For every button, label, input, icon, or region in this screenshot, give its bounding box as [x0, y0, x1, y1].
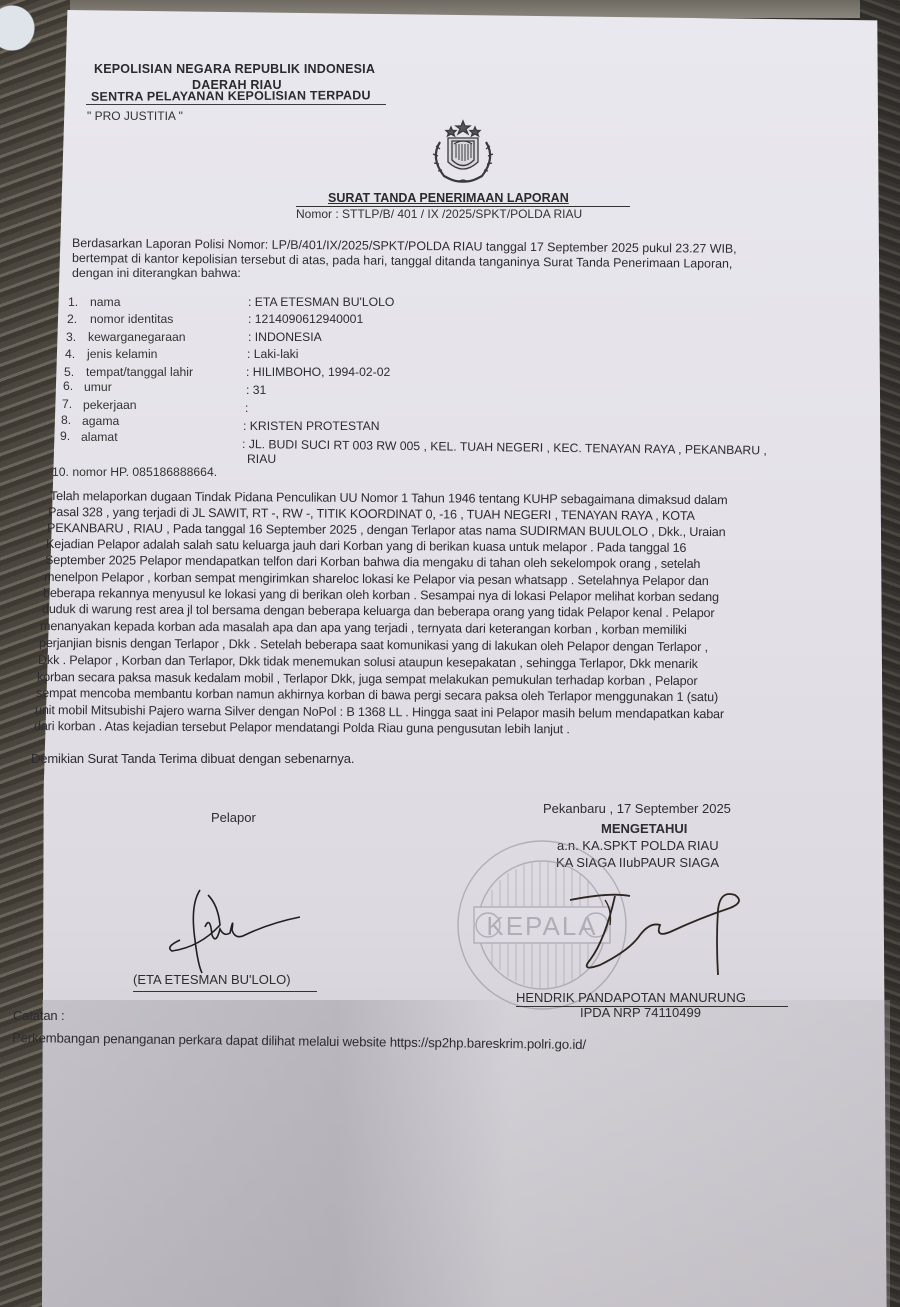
narrative-line: beberapa rekannya menyusul ke lokasi yan…: [43, 586, 719, 604]
mengetahui-label: MENGETAHUI: [601, 821, 687, 836]
identity-label-pekerjaan: pekerjaan: [83, 398, 137, 412]
officer-name: HENDRIK PANDAPOTAN MANURUNG: [516, 990, 746, 1005]
identity-value-alamat-cont: RIAU: [247, 452, 276, 466]
identity-value-nama: : ETA ETESMAN BU'LOLO: [248, 295, 394, 309]
narrative-line: menanyakan kepada korban ada masalah apa…: [40, 619, 687, 637]
document: KEPOLISIAN NEGARA REPUBLIK INDONESIA DAE…: [0, 0, 900, 1307]
identity-label-agama: agama: [82, 414, 119, 428]
identity-no: 2.: [67, 312, 77, 326]
identity-label-alamat: alamat: [81, 430, 118, 444]
pelapor-label: Pelapor: [211, 810, 256, 825]
officer-signature: [560, 880, 770, 990]
identity-label-nomor-identitas: nomor identitas: [90, 312, 173, 326]
header-divider: [86, 104, 386, 105]
officer-rank: IPDA NRP 74110499: [580, 1005, 701, 1020]
identity-value-umur: : 31: [246, 383, 266, 397]
notes-text: Perkembangan penanganan perkara dapat di…: [12, 1030, 586, 1052]
identity-no: 9.: [60, 429, 70, 443]
document-title: SURAT TANDA PENERIMAAN LAPORAN: [328, 191, 569, 205]
identity-label-nama: nama: [90, 295, 121, 309]
identity-value-alamat: : JL. BUDI SUCI RT 003 RW 005 , KEL. TUA…: [242, 437, 767, 457]
org-line-1: KEPOLISIAN NEGARA REPUBLIK INDONESIA: [94, 62, 375, 76]
identity-label-kewarganegaraan: kewarganegaraan: [88, 330, 186, 344]
identity-no: 1.: [68, 295, 78, 309]
intro-line-3: dengan ini diterangkan bahwa:: [72, 266, 241, 280]
identity-label-jenis-kelamin: jenis kelamin: [87, 347, 157, 361]
police-emblem-icon: [418, 118, 508, 190]
narrative-line: perjanjian bisnis dengan Terlapor , Dkk …: [39, 636, 708, 654]
identity-no: 5.: [64, 365, 74, 379]
narrative-line: Pasal 328 , yang terjadi di JL SAWIT, RT…: [48, 505, 695, 523]
document-number: Nomor : STTLP/B/ 401 / IX /2025/SPKT/POL…: [296, 207, 582, 221]
identity-value-tempat-tanggal-lahir: : HILIMBOHO, 1994-02-02: [246, 365, 390, 379]
pelapor-name: (ETA ETESMAN BU'LOLO): [133, 972, 291, 987]
identity-value-pekerjaan: :: [245, 401, 248, 415]
identity-value-jenis-kelamin: : Laki-laki: [247, 347, 298, 361]
narrative-line: Dkk . Pelapor , Korban dan Terlapor, Dkk…: [38, 653, 698, 671]
narrative-line: September 2025 Pelapor mendapatkan telfo…: [45, 553, 700, 571]
narrative-line: korban secara paksa masuk kedalam mobil …: [37, 670, 698, 688]
identity-no: 6.: [63, 379, 73, 393]
closing-statement: Demikian Surat Tanda Terima dibuat denga…: [31, 751, 354, 766]
narrative-line: Telah melaporkan dugaan Tindak Pidana Pe…: [50, 489, 728, 507]
pro-justitia: " PRO JUSTITIA ": [87, 109, 183, 123]
notes-label: Catatan :: [13, 1008, 64, 1023]
narrative-line: dari korban . Atas kejadian tersebut Pel…: [34, 719, 570, 736]
identity-value-agama: : KRISTEN PROTESTAN: [243, 419, 380, 433]
org-line-3: SENTRA PELAYANAN KEPOLISIAN TERPADU: [91, 88, 371, 103]
narrative-line: PEKANBARU , RIAU , Pada tanggal 16 Septe…: [47, 521, 726, 539]
identity-label-umur: umur: [84, 380, 112, 394]
narrative-line: sempat mencoba membantu korban namun akh…: [36, 686, 718, 704]
identity-label-tempat-tanggal-lahir: tempat/tanggal lahir: [86, 365, 193, 379]
narrative-line: Kejadian Pelapor adalah salah satu kelua…: [46, 537, 686, 555]
pelapor-signature: [160, 885, 310, 975]
identity-value-nomor-identitas: : 1214090612940001: [248, 312, 363, 326]
identity-no: 8.: [61, 413, 71, 427]
identity-value-kewarganegaraan: : INDONESIA: [248, 330, 322, 344]
identity-no: 4.: [65, 347, 75, 361]
phone-number: 10. nomor HP. 085186888664.: [52, 465, 217, 479]
pelapor-name-underline: [133, 991, 317, 992]
identity-no: 7.: [62, 397, 72, 411]
place-date: Pekanbaru , 17 September 2025: [543, 801, 731, 816]
identity-no: 3.: [66, 330, 76, 344]
narrative-line: duduk di warung rest area jl tol bersama…: [42, 602, 715, 620]
narrative-line: unit mobil Mitsubishi Pajero warna Silve…: [35, 703, 724, 721]
narrative-line: menelpon Pelapor , korban sempat mengiri…: [44, 570, 709, 588]
